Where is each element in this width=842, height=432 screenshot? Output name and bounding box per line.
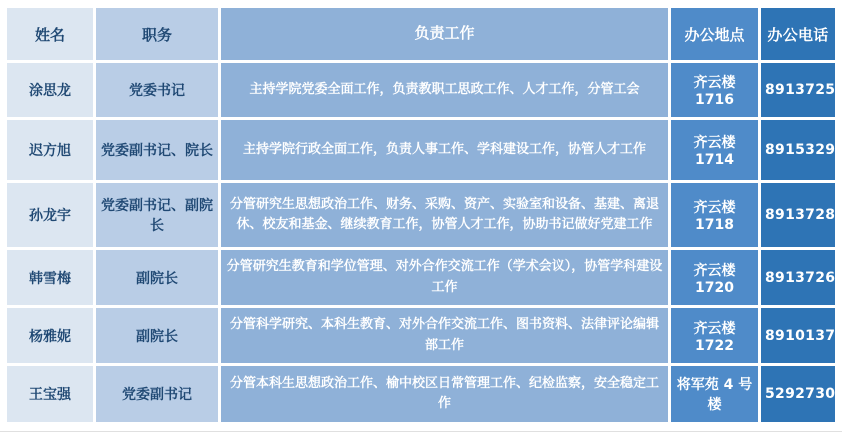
- phone-cell: 8910137: [761, 308, 835, 363]
- phone-cell: 8913726: [761, 250, 835, 305]
- name-cell: 涂思龙: [7, 63, 93, 117]
- location-cell: 将军苑 4 号楼: [671, 366, 758, 422]
- duty-cell: 分管科学研究、本科生教育、对外合作交流工作、图书资料、法律评论编辑部工作: [221, 308, 668, 363]
- name-cell: 韩雪梅: [7, 250, 93, 305]
- header-phone: 办公电话: [761, 8, 835, 60]
- position-cell: 党委副书记、院长: [96, 120, 218, 180]
- position-cell: 党委副书记、副院长: [96, 183, 218, 247]
- location-cell: 齐云楼 1720: [671, 250, 758, 305]
- header-location: 办公地点: [671, 8, 758, 60]
- table-row: 韩雪梅 副院长 分管研究生教育和学位管理、对外合作交流工作（学术会议），协管学科…: [7, 250, 835, 305]
- duty-cell: 分管研究生教育和学位管理、对外合作交流工作（学术会议），协管学科建设工作: [221, 250, 668, 305]
- position-cell: 党委书记: [96, 63, 218, 117]
- phone-cell: 8913728: [761, 183, 835, 247]
- table-row: 迟方旭 党委副书记、院长 主持学院行政全面工作，负责人事工作、学科建设工作，协管…: [7, 120, 835, 180]
- position-cell: 副院长: [96, 250, 218, 305]
- duty-cell: 主持学院行政全面工作，负责人事工作、学科建设工作，协管人才工作: [221, 120, 668, 180]
- table-row: 孙龙宇 党委副书记、副院长 分管研究生思想政治工作、财务、采购、资产、实验室和设…: [7, 183, 835, 247]
- header-duty: 负责工作: [221, 8, 668, 60]
- name-cell: 迟方旭: [7, 120, 93, 180]
- phone-cell: 5292730: [761, 366, 835, 422]
- table-row: 王宝强 党委副书记 分管本科生思想政治工作、榆中校区日常管理工作、纪检监察，安全…: [7, 366, 835, 422]
- header-position: 职务: [96, 8, 218, 60]
- location-cell: 齐云楼 1714: [671, 120, 758, 180]
- name-cell: 王宝强: [7, 366, 93, 422]
- position-cell: 副院长: [96, 308, 218, 363]
- phone-cell: 8915329: [761, 120, 835, 180]
- staff-directory-page: 姓名 职务 负责工作 办公地点 办公电话 涂思龙 党委书记 主持学院党委全面工作…: [0, 0, 842, 432]
- duty-cell: 主持学院党委全面工作，负责教职工思政工作、人才工作，分管工会: [221, 63, 668, 117]
- duty-cell: 分管本科生思想政治工作、榆中校区日常管理工作、纪检监察，安全稳定工作: [221, 366, 668, 422]
- duty-cell: 分管研究生思想政治工作、财务、采购、资产、实验室和设备、基建、离退休、校友和基金…: [221, 183, 668, 247]
- phone-cell: 8913725: [761, 63, 835, 117]
- location-cell: 齐云楼 1718: [671, 183, 758, 247]
- location-cell: 齐云楼 1722: [671, 308, 758, 363]
- table-row: 涂思龙 党委书记 主持学院党委全面工作，负责教职工思政工作、人才工作，分管工会 …: [7, 63, 835, 117]
- header-name: 姓名: [7, 8, 93, 60]
- table-row: 杨雅妮 副院长 分管科学研究、本科生教育、对外合作交流工作、图书资料、法律评论编…: [7, 308, 835, 363]
- name-cell: 杨雅妮: [7, 308, 93, 363]
- table-header-row: 姓名 职务 负责工作 办公地点 办公电话: [7, 8, 835, 60]
- location-cell: 齐云楼 1716: [671, 63, 758, 117]
- name-cell: 孙龙宇: [7, 183, 93, 247]
- position-cell: 党委副书记: [96, 366, 218, 422]
- staff-directory-table: 姓名 职务 负责工作 办公地点 办公电话 涂思龙 党委书记 主持学院党委全面工作…: [4, 5, 838, 425]
